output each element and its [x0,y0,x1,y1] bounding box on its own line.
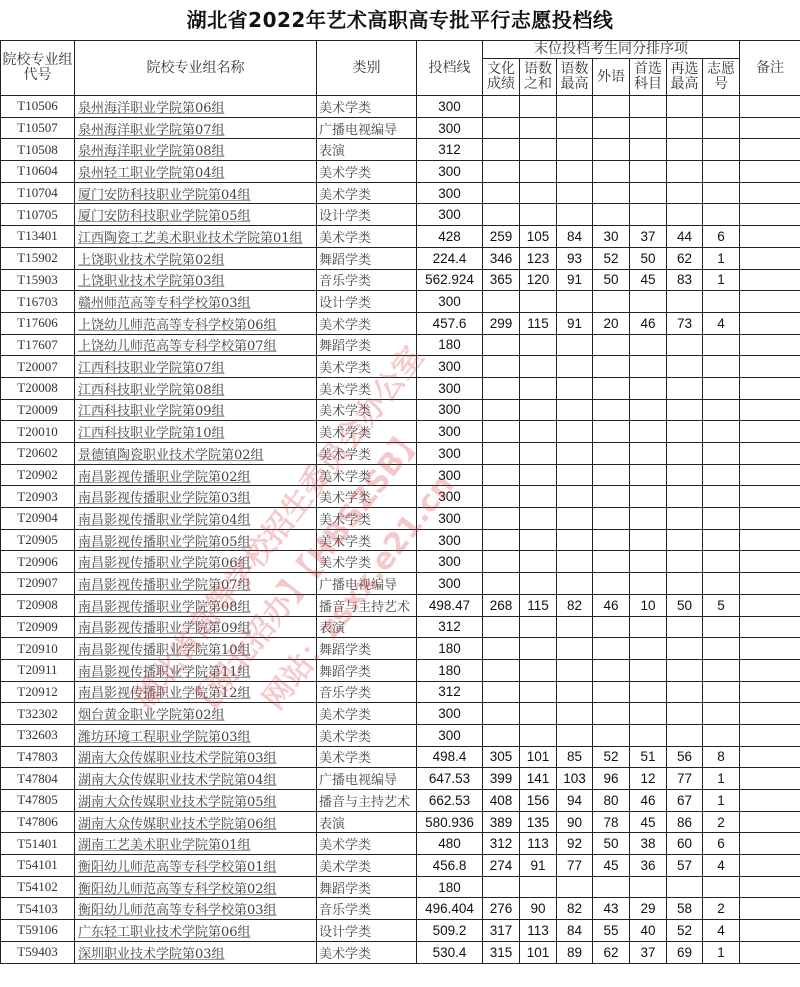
tiebreak-cell: 73 [667,312,703,334]
table-row: T20902南昌影视传播职业学院第02组美术学类300 [1,464,800,486]
tiebreak-cell: 91 [520,855,557,877]
tiebreak-cell [520,96,557,118]
tiebreak-cell: 113 [520,920,557,942]
tiebreak-cell: 77 [667,768,703,790]
tiebreak-cell [630,486,667,508]
tiebreak-cell: 305 [483,746,520,768]
table-row: T20911南昌影视传播职业学院第11组舞蹈学类180 [1,659,800,681]
remarks-cell [740,247,800,269]
tiebreak-cell: 45 [630,811,667,833]
score-cell: 300 [417,356,483,378]
tiebreak-cell [703,96,740,118]
group-code-cell: T13401 [1,226,75,248]
tiebreak-cell: 38 [630,833,667,855]
group-name-cell: 厦门安防科技职业学院第04组 [75,182,317,204]
tiebreak-cell [630,638,667,660]
tiebreak-cell [593,421,630,443]
category-cell: 广播电视编导 [317,573,417,595]
tiebreak-cell [483,399,520,421]
tiebreak-cell [703,876,740,898]
tiebreak-cell [520,724,557,746]
tiebreak-cell [703,443,740,465]
tiebreak-cell [703,681,740,703]
tiebreak-cell [703,486,740,508]
tiebreak-cell: 50 [593,833,630,855]
header-tiebreak-line2: 最高 [667,77,702,92]
remarks-cell [740,161,800,183]
group-name-cell: 南昌影视传播职业学院第03组 [75,486,317,508]
remarks-cell [740,616,800,638]
category-cell: 设计学类 [317,204,417,226]
tiebreak-cell: 44 [667,226,703,248]
remarks-cell [740,226,800,248]
tiebreak-cell [630,421,667,443]
tiebreak-cell [483,139,520,161]
tiebreak-cell [630,876,667,898]
tiebreak-cell [703,508,740,530]
tiebreak-cell [630,659,667,681]
group-code-cell: T20010 [1,421,75,443]
tiebreak-cell [557,464,593,486]
tiebreak-cell: 2 [703,811,740,833]
tiebreak-cell [483,161,520,183]
group-name-cell: 江西科技职业学院第09组 [75,399,317,421]
table-row: T20908南昌影视传播职业学院第08组播音与主持艺术498.472681158… [1,594,800,616]
tiebreak-cell: 91 [557,269,593,291]
header-tiebreak-1: 语数之和 [520,59,557,96]
remarks-cell [740,724,800,746]
header-name: 院校专业组名称 [75,41,317,96]
table-row: T10508泉州海洋职业学院第08组表演312 [1,139,800,161]
tiebreak-cell [557,638,593,660]
tiebreak-cell: 103 [557,768,593,790]
group-code-cell: T10604 [1,161,75,183]
tiebreak-cell [520,421,557,443]
tiebreak-cell: 4 [703,855,740,877]
group-code-cell: T20602 [1,443,75,465]
tiebreak-cell: 299 [483,312,520,334]
tiebreak-cell [630,182,667,204]
tiebreak-cell [703,161,740,183]
header-tiebreak-line2: 号 [703,77,739,92]
tiebreak-cell: 120 [520,269,557,291]
score-cell: 312 [417,681,483,703]
tiebreak-cell: 317 [483,920,520,942]
table-row: T54103衡阳幼儿师范高等专科学校第03组音乐学类496.4042769082… [1,898,800,920]
group-name-cell: 上饶职业技术学院第02组 [75,247,317,269]
tiebreak-cell [520,486,557,508]
tiebreak-cell: 50 [630,247,667,269]
tiebreak-cell [593,377,630,399]
table-row: T20904南昌影视传播职业学院第04组美术学类300 [1,508,800,530]
category-cell: 广播电视编导 [317,117,417,139]
tiebreak-cell [593,638,630,660]
tiebreak-cell: 101 [520,746,557,768]
group-name-cell: 泉州海洋职业学院第06组 [75,96,317,118]
category-cell: 舞蹈学类 [317,334,417,356]
tiebreak-cell [520,117,557,139]
tiebreak-cell [520,616,557,638]
category-cell: 美术学类 [317,377,417,399]
header-code-line2: 代号 [1,68,74,83]
tiebreak-cell: 55 [593,920,630,942]
tiebreak-cell [557,486,593,508]
tiebreak-cell [557,377,593,399]
tiebreak-cell [520,573,557,595]
tiebreak-cell [520,161,557,183]
tiebreak-cell [667,399,703,421]
group-code-cell: T10508 [1,139,75,161]
score-cell: 428 [417,226,483,248]
group-code-cell: T54103 [1,898,75,920]
tiebreak-cell [703,703,740,725]
tiebreak-cell [557,681,593,703]
tiebreak-cell: 56 [667,746,703,768]
table-row: T20602景德镇陶瓷职业技术学院第02组美术学类300 [1,443,800,465]
table-row: T51401湖南工艺美术职业学院第01组美术学类4803121139250386… [1,833,800,855]
remarks-cell [740,356,800,378]
tiebreak-cell [667,508,703,530]
tiebreak-cell [667,161,703,183]
tiebreak-cell [667,659,703,681]
tiebreak-cell: 96 [593,768,630,790]
category-cell: 美术学类 [317,161,417,183]
tiebreak-cell [520,443,557,465]
table-row: T20007江西科技职业学院第07组美术学类300 [1,356,800,378]
tiebreak-cell: 37 [630,226,667,248]
group-code-cell: T20009 [1,399,75,421]
tiebreak-cell [520,291,557,313]
group-code-cell: T10704 [1,182,75,204]
tiebreak-cell [593,96,630,118]
tiebreak-cell [520,399,557,421]
tiebreak-cell [520,334,557,356]
group-name-cell: 南昌影视传播职业学院第02组 [75,464,317,486]
group-name-cell: 湖南工艺美术职业学院第01组 [75,833,317,855]
tiebreak-cell [557,291,593,313]
tiebreak-cell [667,182,703,204]
score-cell: 496.404 [417,898,483,920]
tiebreak-cell: 389 [483,811,520,833]
table-row: T15902上饶职业技术学院第02组舞蹈学类224.43461239352506… [1,247,800,269]
tiebreak-cell: 8 [703,746,740,768]
tiebreak-cell: 78 [593,811,630,833]
group-code-cell: T10507 [1,117,75,139]
tiebreak-cell: 58 [667,898,703,920]
tiebreak-cell [483,659,520,681]
tiebreak-cell: 259 [483,226,520,248]
tiebreak-cell [630,703,667,725]
group-name-cell: 湖南大众传媒职业技术学院第05组 [75,790,317,812]
group-code-cell: T20904 [1,508,75,530]
remarks-cell [740,833,800,855]
category-cell: 美术学类 [317,855,417,877]
header-remarks: 备注 [740,41,800,96]
tiebreak-cell [630,204,667,226]
header-tiebreak-line1: 再选 [667,62,702,77]
tiebreak-cell: 52 [667,920,703,942]
tiebreak-cell [593,876,630,898]
category-cell: 美术学类 [317,399,417,421]
header-tiebreak-line1: 文化 [483,62,519,77]
group-name-cell: 深圳职业技术学院第03组 [75,941,317,963]
tiebreak-cell: 46 [630,790,667,812]
score-cell: 662.53 [417,790,483,812]
tiebreak-cell [703,356,740,378]
category-cell: 表演 [317,139,417,161]
tiebreak-cell: 312 [483,833,520,855]
tiebreak-cell: 67 [667,790,703,812]
tiebreak-cell [520,182,557,204]
table-row: T20008江西科技职业学院第08组美术学类300 [1,377,800,399]
remarks-cell [740,96,800,118]
tiebreak-cell: 36 [630,855,667,877]
category-cell: 表演 [317,616,417,638]
header-tiebreak-line2: 最高 [557,77,592,92]
tiebreak-cell: 86 [667,811,703,833]
tiebreak-cell [557,182,593,204]
tiebreak-cell: 45 [630,269,667,291]
group-name-cell: 南昌影视传播职业学院第08组 [75,594,317,616]
category-cell: 美术学类 [317,551,417,573]
group-name-cell: 南昌影视传播职业学院第11组 [75,659,317,681]
category-cell: 美术学类 [317,703,417,725]
tiebreak-cell [483,204,520,226]
header-tiebreak-0: 文化成绩 [483,59,520,96]
tiebreak-cell [593,724,630,746]
tiebreak-cell [667,117,703,139]
score-cell: 224.4 [417,247,483,269]
tiebreak-cell: 276 [483,898,520,920]
score-cell: 300 [417,573,483,595]
group-name-cell: 衡阳幼儿师范高等专科学校第01组 [75,855,317,877]
remarks-cell [740,204,800,226]
tiebreak-cell [593,508,630,530]
table-row: T59403深圳职业技术学院第03组美术学类530.43151018962376… [1,941,800,963]
tiebreak-cell [593,291,630,313]
group-code-cell: T16703 [1,291,75,313]
header-tiebreak-line2: 科目 [630,77,666,92]
group-name-cell: 上饶幼儿师范高等专科学校第07组 [75,334,317,356]
group-code-cell: T20906 [1,551,75,573]
score-cell: 180 [417,334,483,356]
tiebreak-cell [667,703,703,725]
group-code-cell: T10705 [1,204,75,226]
table-row: T20910南昌影视传播职业学院第10组舞蹈学类180 [1,638,800,660]
score-cell: 480 [417,833,483,855]
tiebreak-cell [703,659,740,681]
header-tiebreak-line1: 外语 [593,70,629,85]
tiebreak-cell: 115 [520,594,557,616]
header-tiebreak-line1: 志愿 [703,62,739,77]
group-name-cell: 南昌影视传播职业学院第04组 [75,508,317,530]
tiebreak-cell [557,703,593,725]
category-cell: 舞蹈学类 [317,247,417,269]
tiebreak-cell: 85 [557,746,593,768]
tiebreak-cell [593,681,630,703]
tiebreak-cell: 20 [593,312,630,334]
tiebreak-cell [520,876,557,898]
remarks-cell [740,659,800,681]
group-name-cell: 厦门安防科技职业学院第05组 [75,204,317,226]
group-code-cell: T20902 [1,464,75,486]
table-row: T17606上饶幼儿师范高等专科学校第06组美术学类457.6299115912… [1,312,800,334]
tiebreak-cell: 40 [630,920,667,942]
tiebreak-cell [593,399,630,421]
tiebreak-cell [667,377,703,399]
tiebreak-cell [630,139,667,161]
tiebreak-cell [703,551,740,573]
tiebreak-cell [703,204,740,226]
tiebreak-cell [483,443,520,465]
table-row: T20905南昌影视传播职业学院第05组美术学类300 [1,529,800,551]
tiebreak-cell: 6 [703,226,740,248]
table-row: T10507泉州海洋职业学院第07组广播电视编导300 [1,117,800,139]
tiebreak-cell: 52 [593,247,630,269]
tiebreak-cell [483,96,520,118]
tiebreak-cell [483,638,520,660]
group-code-cell: T17606 [1,312,75,334]
tiebreak-cell [483,724,520,746]
tiebreak-cell [593,443,630,465]
tiebreak-cell: 82 [557,898,593,920]
tiebreak-cell [593,616,630,638]
table-row: T13401江西陶瓷工艺美术职业技术学院第01组美术学类428259105843… [1,226,800,248]
group-code-cell: T54102 [1,876,75,898]
remarks-cell [740,551,800,573]
tiebreak-cell: 135 [520,811,557,833]
group-name-cell: 衡阳幼儿师范高等专科学校第03组 [75,898,317,920]
tiebreak-cell [630,573,667,595]
group-name-cell: 泉州轻工职业学院第04组 [75,161,317,183]
tiebreak-cell [483,464,520,486]
tiebreak-cell [593,464,630,486]
group-name-cell: 湖南大众传媒职业技术学院第03组 [75,746,317,768]
header-tiebreak-line1: 语数 [520,62,556,77]
tiebreak-cell [557,508,593,530]
group-code-cell: T20907 [1,573,75,595]
tiebreak-cell: 80 [593,790,630,812]
score-cell: 300 [417,703,483,725]
group-code-cell: T51401 [1,833,75,855]
remarks-cell [740,790,800,812]
tiebreak-cell [520,703,557,725]
tiebreak-cell [557,573,593,595]
tiebreak-cell [593,117,630,139]
tiebreak-cell: 90 [520,898,557,920]
table-row: T20909南昌影视传播职业学院第09组表演312 [1,616,800,638]
table-row: T17607上饶幼儿师范高等专科学校第07组舞蹈学类180 [1,334,800,356]
tiebreak-cell: 82 [557,594,593,616]
header-tiebreak-line2: 之和 [520,77,556,92]
tiebreak-cell [593,529,630,551]
tiebreak-cell [557,421,593,443]
tiebreak-cell [520,204,557,226]
score-cell: 530.4 [417,941,483,963]
table-row: T20906南昌影视传播职业学院第06组美术学类300 [1,551,800,573]
category-cell: 美术学类 [317,508,417,530]
table-row: T20907南昌影视传播职业学院第07组广播电视编导300 [1,573,800,595]
score-cell: 300 [417,96,483,118]
tiebreak-cell [630,464,667,486]
group-name-cell: 湖南大众传媒职业技术学院第04组 [75,768,317,790]
tiebreak-cell [557,117,593,139]
table-row: T47806湖南大众传媒职业技术学院第06组表演580.936389135907… [1,811,800,833]
tiebreak-cell [557,551,593,573]
tiebreak-cell [667,486,703,508]
group-name-cell: 上饶职业技术学院第03组 [75,269,317,291]
tiebreak-cell: 113 [520,833,557,855]
tiebreak-cell [557,659,593,681]
tiebreak-cell: 29 [630,898,667,920]
group-code-cell: T54101 [1,855,75,877]
tiebreak-cell [520,464,557,486]
tiebreak-cell [630,377,667,399]
category-cell: 音乐学类 [317,898,417,920]
score-cell: 498.47 [417,594,483,616]
tiebreak-cell: 45 [593,855,630,877]
admission-score-table: 院校专业组 代号 院校专业组名称 类别 投档线 末位投档考生同分排序项 备注 文… [0,40,800,964]
tiebreak-cell [667,724,703,746]
tiebreak-cell: 84 [557,226,593,248]
tiebreak-cell: 408 [483,790,520,812]
tiebreak-cell: 1 [703,941,740,963]
category-cell: 美术学类 [317,941,417,963]
score-cell: 509.2 [417,920,483,942]
tiebreak-cell [630,161,667,183]
group-code-cell: T20912 [1,681,75,703]
tiebreak-cell: 62 [667,247,703,269]
score-cell: 300 [417,529,483,551]
remarks-cell [740,876,800,898]
tiebreak-cell [667,421,703,443]
remarks-cell [740,941,800,963]
group-code-cell: T20908 [1,594,75,616]
category-cell: 美术学类 [317,182,417,204]
category-cell: 设计学类 [317,920,417,942]
remarks-cell [740,920,800,942]
remarks-cell [740,182,800,204]
remarks-cell [740,638,800,660]
tiebreak-cell: 60 [667,833,703,855]
group-code-cell: T59403 [1,941,75,963]
group-code-cell: T17607 [1,334,75,356]
tiebreak-cell [630,616,667,638]
tiebreak-cell [703,334,740,356]
tiebreak-cell [667,356,703,378]
group-code-cell: T47806 [1,811,75,833]
tiebreak-cell: 43 [593,898,630,920]
group-code-cell: T15903 [1,269,75,291]
group-name-cell: 赣州师范高等专科学校第03组 [75,291,317,313]
group-name-cell: 湖南大众传媒职业技术学院第06组 [75,811,317,833]
group-name-cell: 泉州海洋职业学院第08组 [75,139,317,161]
tiebreak-cell [557,724,593,746]
tiebreak-cell [557,399,593,421]
tiebreak-cell: 105 [520,226,557,248]
header-tiebreak-5: 再选最高 [667,59,703,96]
tiebreak-cell [520,377,557,399]
group-code-cell: T20910 [1,638,75,660]
group-name-cell: 南昌影视传播职业学院第07组 [75,573,317,595]
tiebreak-cell [483,117,520,139]
tiebreak-cell [630,291,667,313]
tiebreak-cell [557,876,593,898]
table-row: T15903上饶职业技术学院第03组音乐学类562.92436512091504… [1,269,800,291]
tiebreak-cell [483,334,520,356]
tiebreak-cell [593,334,630,356]
group-name-cell: 江西科技职业学院第10组 [75,421,317,443]
